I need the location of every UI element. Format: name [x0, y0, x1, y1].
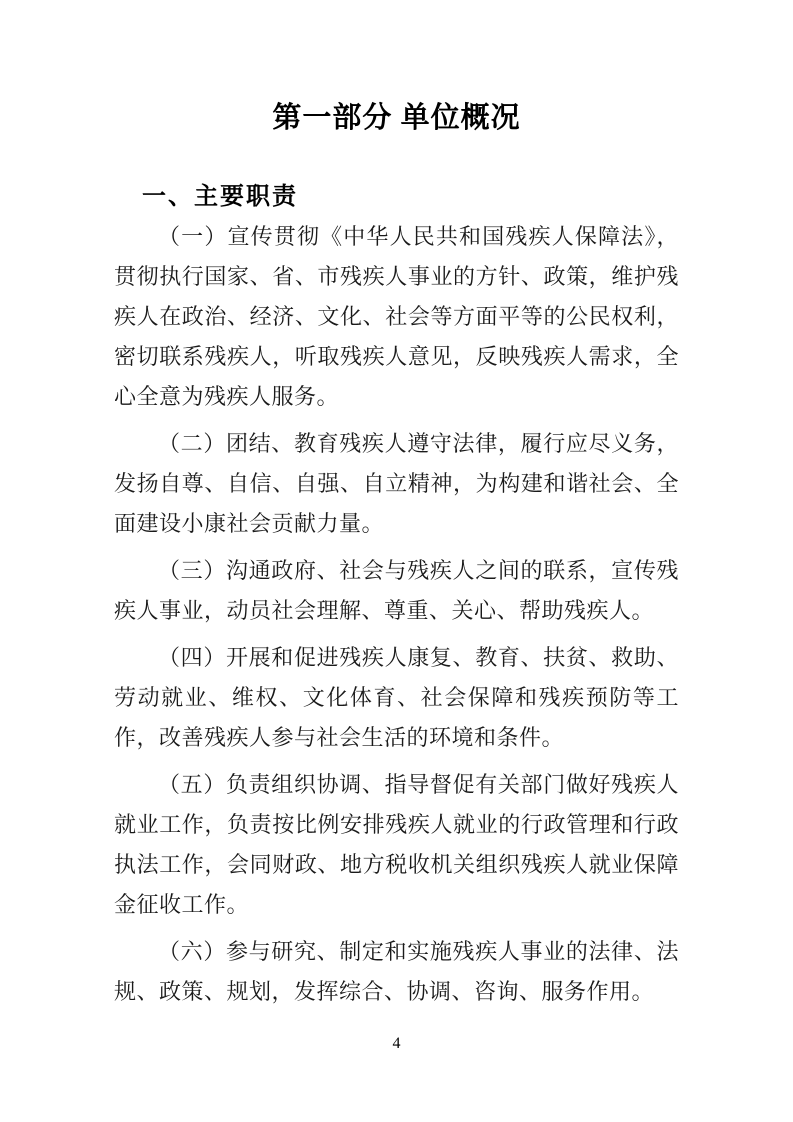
paragraph-4: （四）开展和促进残疾人康复、教育、扶贫、救助、劳动就业、维权、文化体育、社会保障… [114, 638, 679, 758]
paragraph-2: （二）团结、教育残疾人遵守法律，履行应尽义务，发扬自尊、自信、自强、自立精神，为… [114, 424, 679, 544]
document-content: 第一部分 单位概况 一、主要职责 （一）宣传贯彻《中华人民共和国残疾人保障法》，… [0, 0, 793, 1012]
page-number: 4 [0, 1034, 793, 1054]
paragraph-3: （三）沟通政府、社会与残疾人之间的联系，宣传残疾人事业，动员社会理解、尊重、关心… [114, 551, 679, 631]
responsibilities-list: （一）宣传贯彻《中华人民共和国残疾人保障法》，贯彻执行国家、省、市残疾人事业的方… [114, 217, 679, 1012]
section-heading-main-responsibilities: 一、主要职责 [142, 179, 679, 215]
paragraph-1: （一）宣传贯彻《中华人民共和国残疾人保障法》，贯彻执行国家、省、市残疾人事业的方… [114, 217, 679, 417]
page-title: 第一部分 单位概况 [114, 97, 679, 139]
paragraph-5: （五）负责组织协调、指导督促有关部门做好残疾人就业工作，负责按比例安排残疾人就业… [114, 765, 679, 925]
paragraph-6: （六）参与研究、制定和实施残疾人事业的法律、法规、政策、规划，发挥综合、协调、咨… [114, 932, 679, 1012]
document-page: 第一部分 单位概况 一、主要职责 （一）宣传贯彻《中华人民共和国残疾人保障法》，… [0, 0, 793, 1122]
